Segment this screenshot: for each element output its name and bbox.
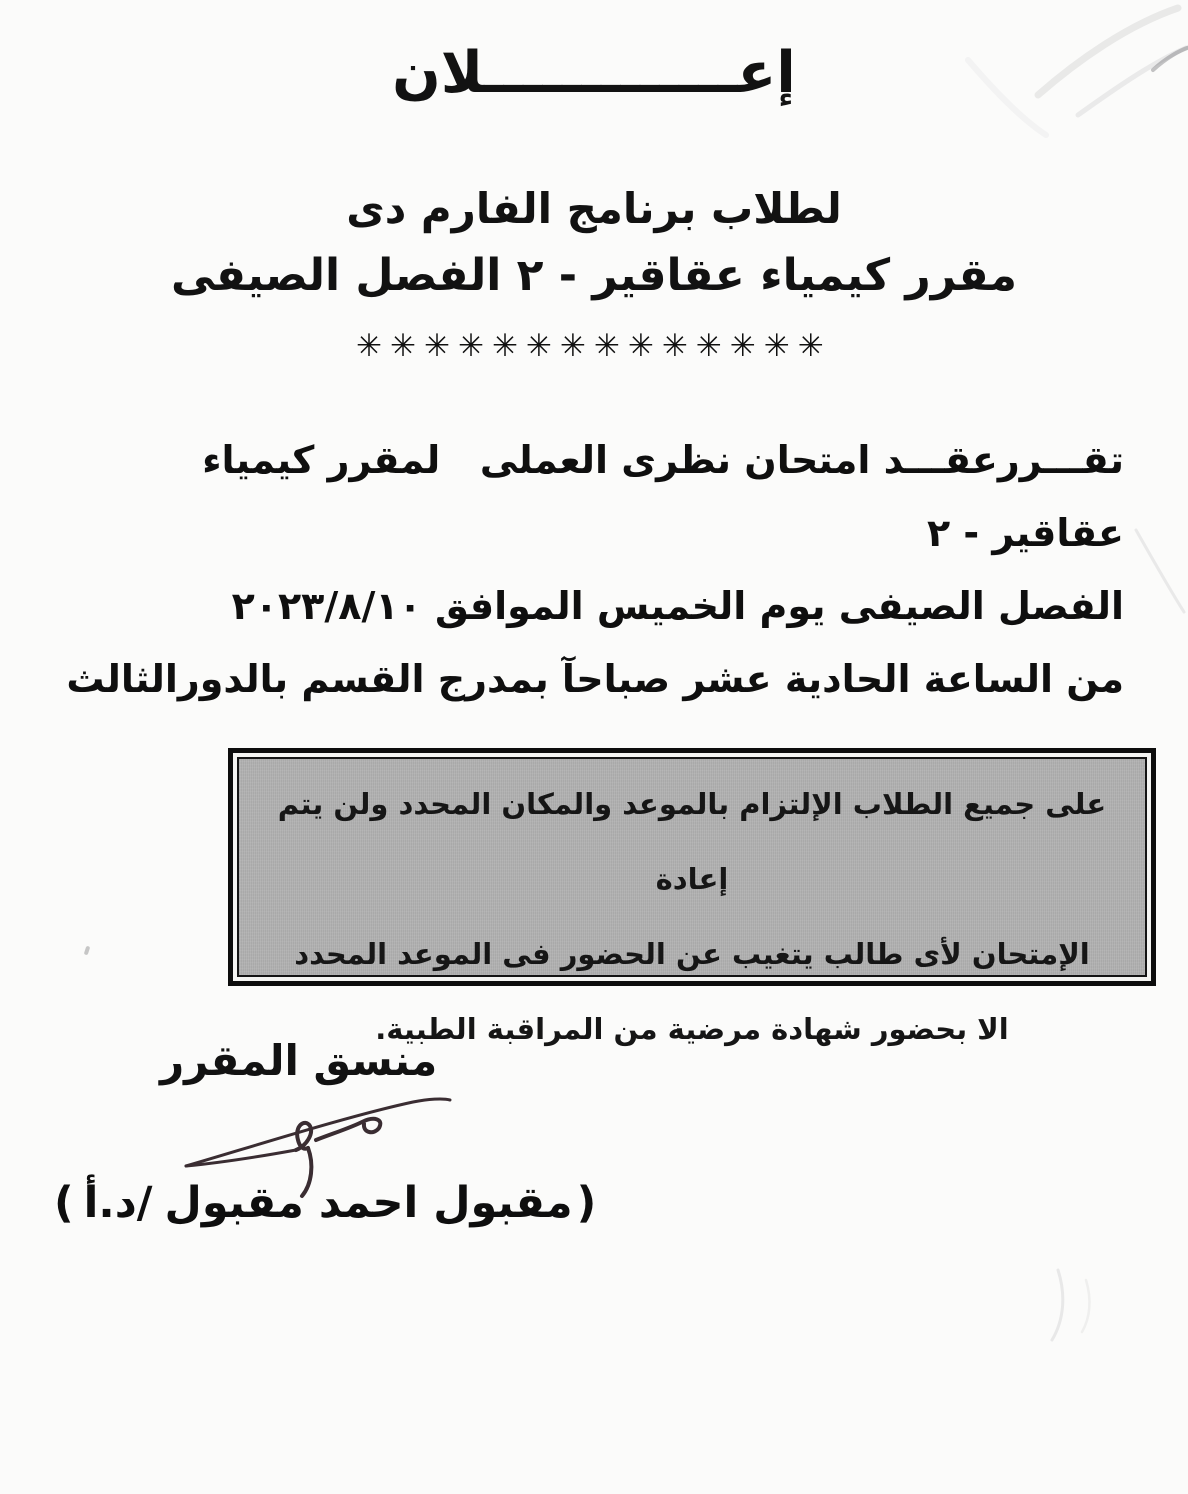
body-line-2: الفصل الصيفى يوم الخميس الموافق ٢٠٢٣/٨/١… <box>58 570 1124 643</box>
coordinator-name-line: (أ.د/مقبول احمد مقبول) <box>54 1178 596 1228</box>
scanned-announcement-page: { "colors": { "paper": "#fbfbfa", "ink":… <box>0 0 1188 1494</box>
body-line-1: تقـــررعقـــد امتحان نظرى العملى لمقرر ك… <box>58 424 1124 570</box>
coordinator-role-label: منسق المقرر <box>160 1036 437 1085</box>
notice-line-2: الإمتحان لأى طالب يتغيب عن الحضور فى الم… <box>239 917 1145 992</box>
notice-box: على جميع الطلاب الإلتزام بالموعد والمكان… <box>228 748 1156 986</box>
announcement-title: إعـــــــــــــلان <box>0 40 1188 106</box>
exam-announcement-paragraph: تقـــررعقـــد امتحان نظرى العملى لمقرر ك… <box>58 424 1124 716</box>
coordinator-name: مقبول احمد مقبول <box>165 1178 573 1228</box>
notice-box-inner: على جميع الطلاب الإلتزام بالموعد والمكان… <box>237 757 1147 977</box>
scan-artifact-right-edge <box>1118 520 1188 620</box>
asterisk-divider-icon: ✳✳✳✳✳✳✳✳✳✳✳✳✳✳ <box>0 328 1188 364</box>
scan-speck <box>84 946 91 956</box>
professor-title-abbreviation: أ.د/ <box>84 1178 153 1228</box>
audience-line: لطلاب برنامج الفارم دى <box>0 184 1188 233</box>
body-line-3: من الساعة الحادية عشر صباحآ بمدرج القسم … <box>58 643 1124 716</box>
course-line: مقرر كيمياء عقاقير - ٢ الفصل الصيفى <box>0 250 1188 301</box>
scan-artifact-bottomright <box>1038 1260 1128 1350</box>
close-paren: ) <box>577 1178 597 1228</box>
notice-line-1: على جميع الطلاب الإلتزام بالموعد والمكان… <box>239 767 1145 917</box>
open-paren: ( <box>54 1178 74 1228</box>
